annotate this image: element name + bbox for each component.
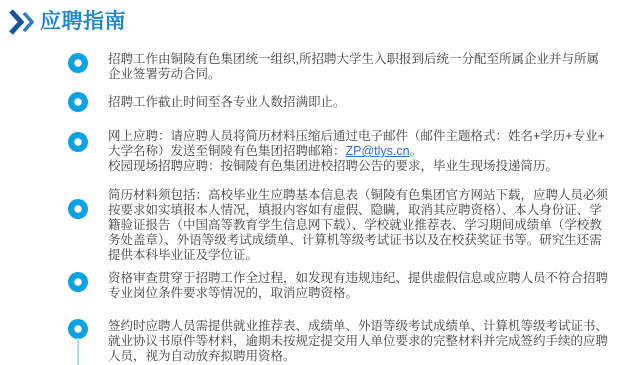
list-item: 签约时应聘人员需提供就业推荐表、成绩单、外语等级考试成绩单、计算机等级考试证书、… [0, 319, 620, 364]
list-item: 招聘工作截止时间至各专业人数招满即止。 [0, 95, 620, 112]
page-header: 应聘指南 [0, 0, 620, 38]
text-segment: 简历材料须包括：高校毕业生应聘基本信息表（铜陵有色集团官方网站下载，应聘人员必须… [108, 188, 608, 262]
guide-list: 招聘工作由铜陵有色集团统一组织,所招聘大学生入职报到后统一分配至所属企业并与所属… [0, 52, 620, 364]
list-item: 招聘工作由铜陵有色集团统一组织,所招聘大学生入职报到后统一分配至所属企业并与所属… [0, 52, 620, 82]
list-item-text: 签约时应聘人员需提供就业推荐表、成绩单、外语等级考试成绩单、计算机等级考试证书、… [108, 319, 608, 364]
list-item: 简历材料须包括：高校毕业生应聘基本信息表（铜陵有色集团官方网站下载，应聘人员必须… [0, 188, 620, 263]
text-segment: 资格审查贯穿于招聘工作全过程，如发现有违规违纪、提供虚假信息或应聘人员不符合招聘… [108, 271, 608, 300]
application-guide-page: 应聘指南 招聘工作由铜陵有色集团统一组织,所招聘大学生入职报到后统一分配至所属企… [0, 0, 620, 365]
text-segment: 招聘工作由铜陵有色集团统一组织,所招聘大学生入职报到后统一分配至所属企业并与所属… [108, 52, 599, 81]
bullet-icon [68, 319, 88, 339]
list-item-text: 简历材料须包括：高校毕业生应聘基本信息表（铜陵有色集团官方网站下载，应聘人员必须… [108, 188, 608, 263]
list-item: 网上应聘：请应聘人员将简历材料压缩后通过电子邮件（邮件主题格式：姓名+学历+专业… [0, 129, 620, 174]
bullet-icon [68, 92, 88, 112]
list-item-text: 招聘工作截止时间至各专业人数招满即止。 [108, 95, 346, 110]
list-item-text: 资格审查贯穿于招聘工作全过程，如发现有违规违纪、提供虚假信息或应聘人员不符合招聘… [108, 271, 608, 301]
list-item: 资格审查贯穿于招聘工作全过程，如发现有违规违纪、提供虚假信息或应聘人员不符合招聘… [0, 271, 620, 301]
bullet-icon [68, 199, 88, 219]
email-link[interactable]: ZP@tlys.cn [346, 144, 410, 158]
text-segment: 签约时应聘人员需提供就业推荐表、成绩单、外语等级考试成绩单、计算机等级考试证书、… [108, 319, 608, 363]
timeline-connector-line [77, 338, 79, 365]
bullet-icon [68, 272, 88, 292]
double-chevron-icon [6, 8, 38, 36]
page-title: 应聘指南 [40, 8, 126, 36]
text-segment: 招聘工作截止时间至各专业人数招满即止。 [108, 95, 346, 109]
bullet-icon [68, 53, 88, 73]
bullet-icon [68, 132, 88, 152]
list-item-text: 招聘工作由铜陵有色集团统一组织,所招聘大学生入职报到后统一分配至所属企业并与所属… [108, 52, 599, 82]
list-item-text: 网上应聘：请应聘人员将简历材料压缩后通过电子邮件（邮件主题格式：姓名+学历+专业… [108, 129, 605, 174]
